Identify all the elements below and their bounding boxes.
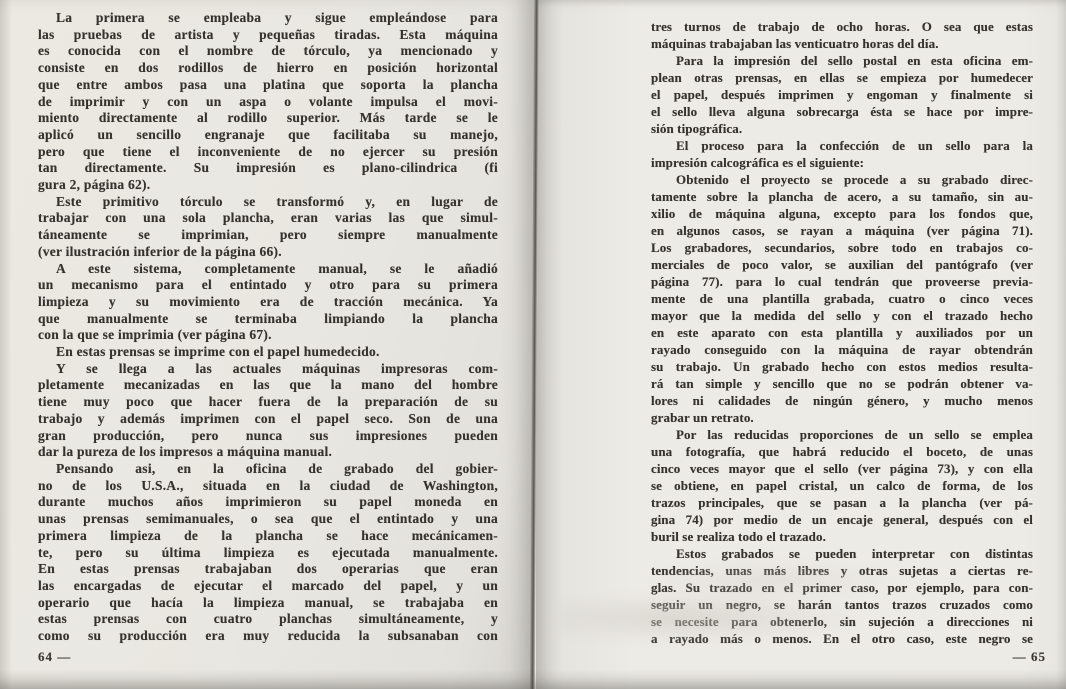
paragraph: Pensando asi, en la oficina de grabado d…	[38, 461, 498, 645]
text-line: Para la impresión del sello postal en es…	[651, 52, 1033, 69]
text-line: un mecanismo para el entintado y otro pa…	[38, 277, 498, 294]
text-line: merciales de poco valor, se auxilian del…	[651, 256, 1033, 273]
paragraph: A este sistema, completamente manual, se…	[38, 261, 498, 345]
text-line: mente de una plantilla grabada, cuatro o…	[651, 290, 1033, 307]
text-line: buril se realiza todo el trazado.	[651, 528, 1033, 545]
text-line: consiste en dos rodillos de hierro en po…	[38, 60, 498, 77]
paragraph: Estos grabados se pueden interpretar con…	[651, 545, 1033, 647]
text-line: su trabajo. Un grabado hecho con estos m…	[651, 358, 1033, 375]
text-line: (ver ilustración inferior de la página 6…	[38, 244, 498, 261]
paragraph: El proceso para la confección de un sell…	[651, 137, 1033, 171]
text-line: tan directamente. Su impresión es plano-…	[38, 160, 498, 177]
right-page-text-column: tres turnos de trabajo de ocho horas. O …	[651, 18, 1033, 647]
text-line: que manualmente se terminaba limpiando l…	[38, 311, 498, 328]
text-line: máquinas trabajaban las venticuatro hora…	[651, 35, 1033, 52]
right-page-number: — 65	[1013, 649, 1046, 665]
text-line: limpieza y su movimiento era de tracción…	[38, 294, 498, 311]
text-line: aplicó un sencillo engranaje que facilit…	[38, 127, 498, 144]
text-line: gina 74) por medio de un encaje general,…	[651, 511, 1033, 528]
text-line: pero que tiene el inconveniente de no ej…	[38, 144, 498, 161]
text-line: estas prensas con cuatro planchas simult…	[38, 611, 498, 628]
right-page: tres turnos de trabajo de ocho horas. O …	[536, 0, 1066, 689]
text-line: trabajar con una sola plancha, eran vari…	[38, 210, 498, 227]
text-line: tendencias, unas más libres y otras suje…	[651, 562, 1033, 579]
text-line: el papel, después imprimen y engoman y f…	[651, 86, 1033, 103]
text-line: en este aparato con esta plantilla y aux…	[651, 324, 1033, 341]
text-line: gura 2, página 62).	[38, 177, 498, 194]
text-line: página 77). para lo cual tendrán que pro…	[651, 273, 1033, 290]
text-line: tres turnos de trabajo de ocho horas. O …	[651, 18, 1033, 35]
text-line: xilio de máquina alguna, excepto para lo…	[651, 205, 1033, 222]
text-line: rá tan simple y sencillo que no se podrá…	[651, 375, 1033, 392]
text-line: Este primitivo tórculo se transformó y, …	[38, 194, 498, 211]
text-line: miento directamente al rodillo superior.…	[38, 110, 498, 127]
text-line: se obtiene, en papel cristal, un calco d…	[651, 477, 1033, 494]
text-line: pletamente mecanizadas en las que la man…	[38, 377, 498, 394]
text-line: En estas prensas se imprime con el papel…	[38, 344, 498, 361]
text-line: trabajo y además imprimen con el papel s…	[38, 411, 498, 428]
text-line: primera limpieza de la plancha se hace m…	[38, 528, 498, 545]
text-line: unas prensas semimanuales, o sea que el …	[38, 511, 498, 528]
left-page-text-column: La primera se empleaba y sigue empleándo…	[38, 10, 498, 645]
text-line: Estos grabados se pueden interpretar con…	[651, 545, 1033, 562]
text-line: Y se llega a las actuales máquinas impre…	[38, 361, 498, 378]
text-line: La primera se empleaba y sigue empleándo…	[38, 10, 498, 27]
text-line: a rayado más o menos. En el otro caso, e…	[651, 630, 1033, 647]
text-line: impresión calcográfica es el siguiente:	[651, 154, 1033, 171]
text-line: Obtenido el proyecto se procede a su gra…	[651, 171, 1033, 188]
text-line: Por las reducidas proporciones de un sel…	[651, 426, 1033, 443]
text-line: como su producción era muy reducida la s…	[38, 628, 498, 645]
text-line: glas. Su trazado en el primer caso, por …	[651, 579, 1033, 596]
text-line: En estas prensas trabajaban dos operaria…	[38, 561, 498, 578]
text-line: te, pero su última limpieza es ejecutada…	[38, 545, 498, 562]
text-line: las encargadas de ejecutar el marcado de…	[38, 578, 498, 595]
text-line: mayor que la medida del sello y con el t…	[651, 307, 1033, 324]
text-line: gran producción, pero nunca sus impresio…	[38, 428, 498, 445]
text-line: Pensando asi, en la oficina de grabado d…	[38, 461, 498, 478]
text-line: seguir un negro, se harán tantos trazos …	[651, 596, 1033, 613]
text-line: operario que hacía la limpieza manual, s…	[38, 595, 498, 612]
paragraph: Obtenido el proyecto se procede a su gra…	[651, 171, 1033, 426]
left-page: La primera se empleaba y sigue empleándo…	[0, 0, 534, 689]
text-line: sión tipográfica.	[651, 120, 1033, 137]
paragraph: Y se llega a las actuales máquinas impre…	[38, 361, 498, 461]
text-line: Los grabadores, secundarios, sobre todo …	[651, 239, 1033, 256]
paragraph: La primera se empleaba y sigue empleándo…	[38, 10, 498, 194]
text-line: lores ni calidades de ningún género, y m…	[651, 392, 1033, 409]
text-line: de imprimir y con un aspa o volante impu…	[38, 94, 498, 111]
book-spread: La primera se empleaba y sigue empleándo…	[0, 0, 1066, 689]
text-line: cinco veces mayor que el sello (ver pági…	[651, 460, 1033, 477]
text-line: El proceso para la confección de un sell…	[651, 137, 1033, 154]
text-line: en algunos casos, se rayan a máquina (ve…	[651, 222, 1033, 239]
text-line: tiene muy poco que hacer fuera de la pre…	[38, 394, 498, 411]
text-line: durante muchos años imprimieron su papel…	[38, 494, 498, 511]
paragraph: En estas prensas se imprime con el papel…	[38, 344, 498, 361]
text-line: A este sistema, completamente manual, se…	[38, 261, 498, 278]
text-line: con la que se imprimia (ver página 67).	[38, 327, 498, 344]
text-line: el sello lleva alguna sobrecarga ésta se…	[651, 103, 1033, 120]
text-line: trazos principales, que se pasan a la pl…	[651, 494, 1033, 511]
text-line: rayado conseguido con la máquina de raya…	[651, 341, 1033, 358]
left-page-number: 64 —	[38, 649, 71, 665]
text-line: que entre ambos pasa una platina que sop…	[38, 77, 498, 94]
paragraph: tres turnos de trabajo de ocho horas. O …	[651, 18, 1033, 52]
paragraph: Este primitivo tórculo se transformó y, …	[38, 194, 498, 261]
paragraph: Para la impresión del sello postal en es…	[651, 52, 1033, 137]
text-line: tamente sobre la plancha de acero, a su …	[651, 188, 1033, 205]
text-line: no de los U.S.A., situada en la ciudad d…	[38, 478, 498, 495]
text-line: grabar un retrato.	[651, 409, 1033, 426]
text-line: es conocida con el nombre de tórculo, ya…	[38, 43, 498, 60]
text-line: dar la pureza de los impresos a máquina …	[38, 444, 498, 461]
text-line: táneamente se imprimian, pero siempre ma…	[38, 227, 498, 244]
paragraph: Por las reducidas proporciones de un sel…	[651, 426, 1033, 545]
text-line: una fotografía, que habrá reducido el bo…	[651, 443, 1033, 460]
text-line: las pruebas de artista y pequeñas tirada…	[38, 27, 498, 44]
text-line: plean otras prensas, en ellas se empieza…	[651, 69, 1033, 86]
text-line: se necesite para obtenerlo, sin sujeción…	[651, 613, 1033, 630]
